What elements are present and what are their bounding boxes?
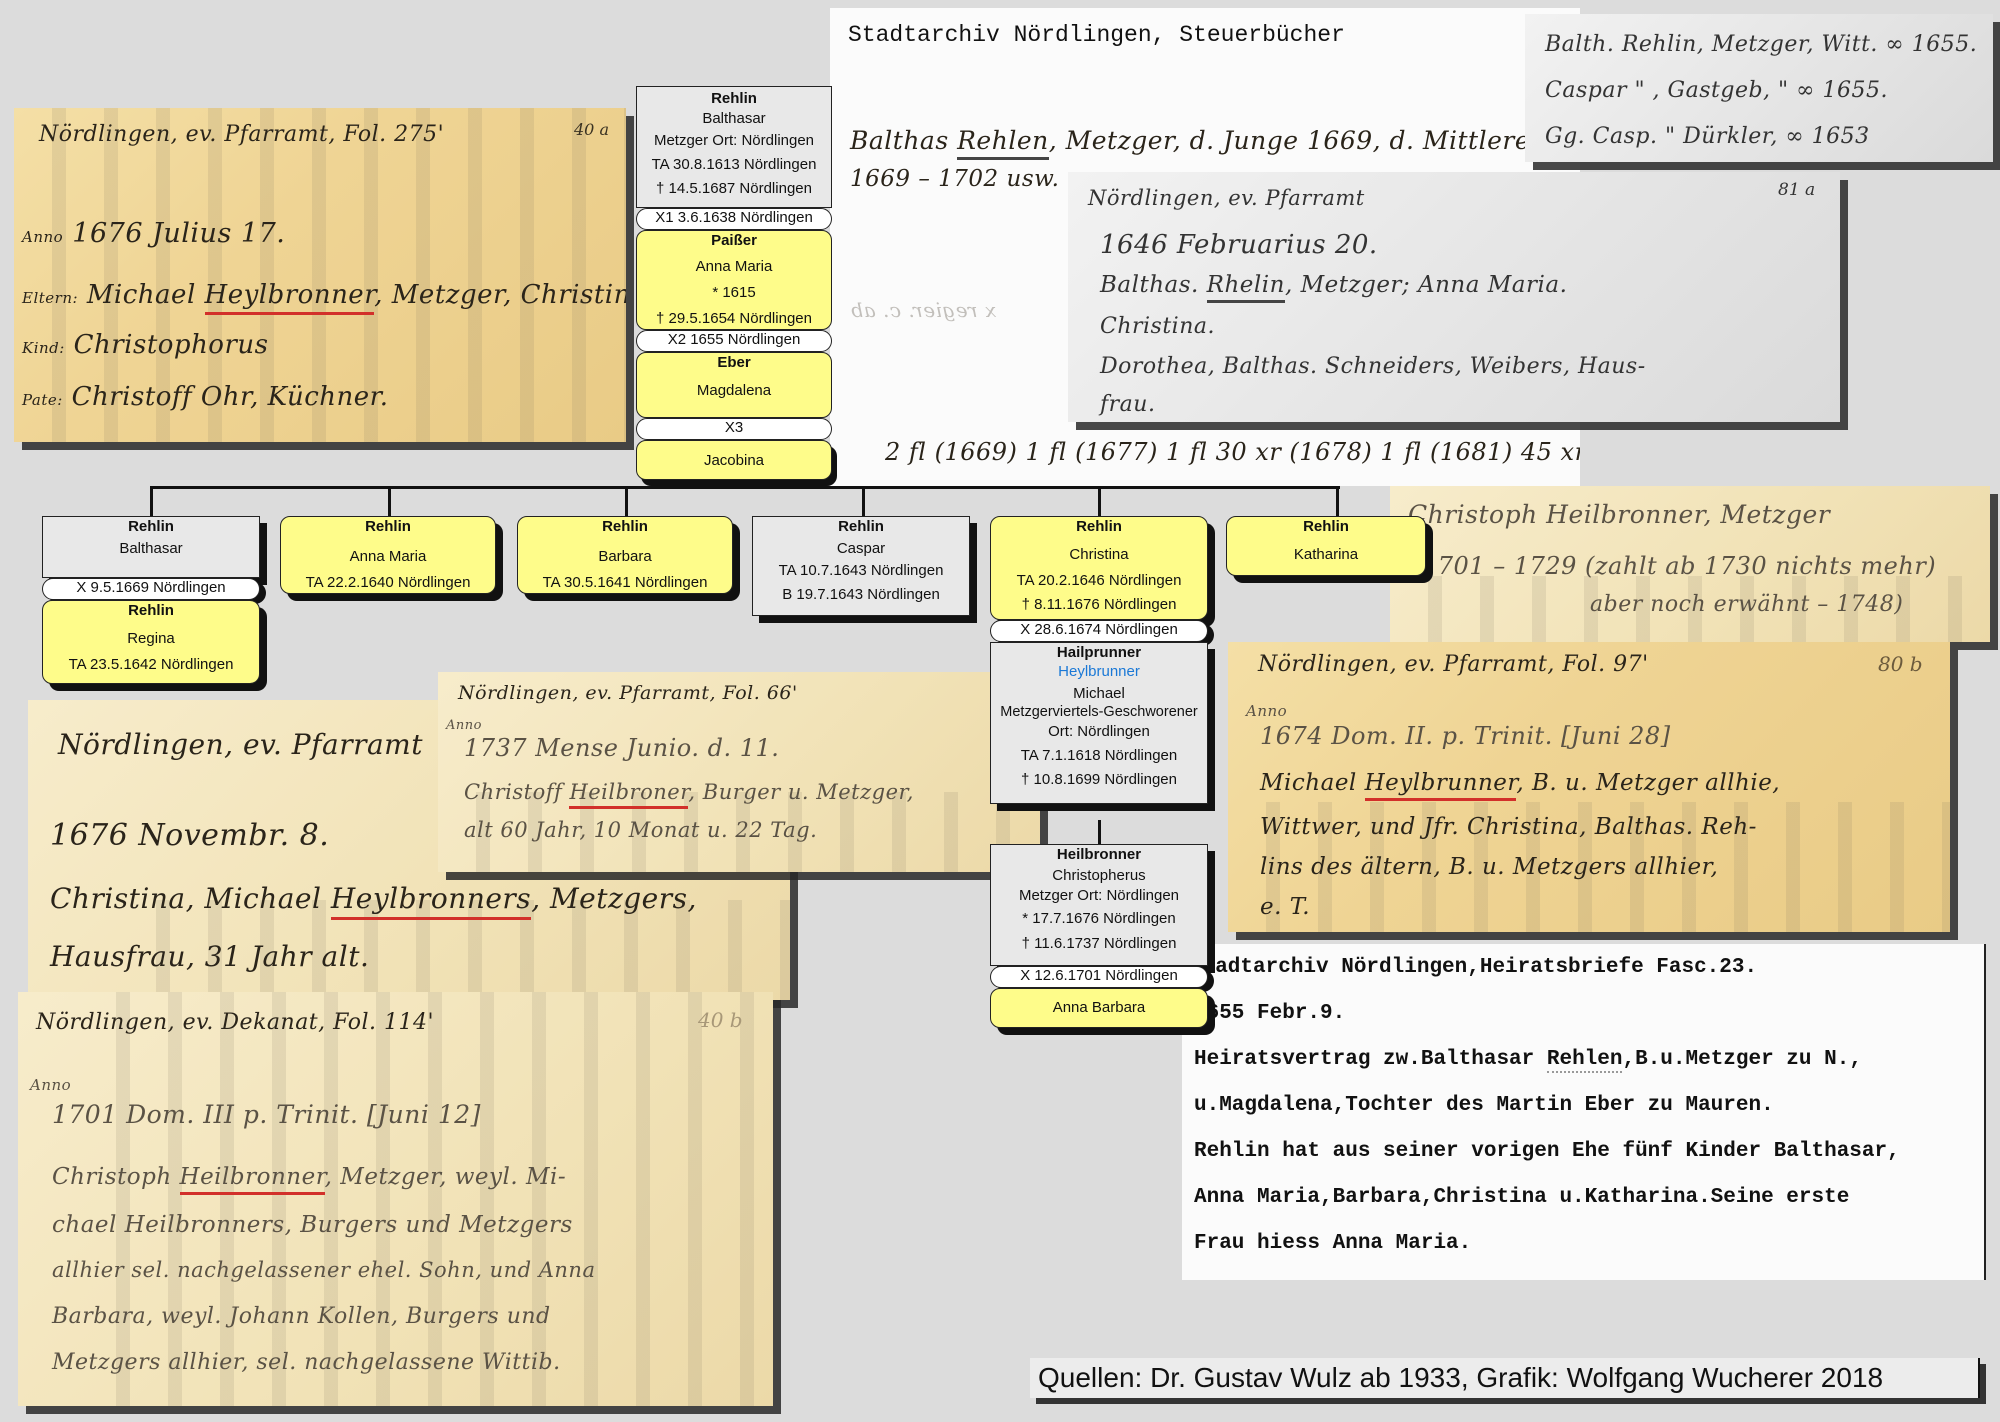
surname: Rehlin [753,517,969,537]
doc-line: chael Heilbronners, Burgers und Metzgers [52,1212,573,1238]
doc-card-40a: Nördlingen, ev. Pfarramt, Fol. 275' 40 a… [14,108,626,442]
tree-connector [862,486,865,516]
spouse-michael-hailprunner[interactable]: Hailprunner Heylbrunner Michael Metzgerv… [990,642,1208,804]
doc-line: 1674 Dom. II. p. Trinit. [Juni 28] [1260,722,1671,750]
doc-card-40b: Nördlingen, ev. Dekanat, Fol. 114' 40 b … [18,992,773,1406]
page-ref: 80 b [1878,652,1923,676]
doc-line: frau. [1100,392,1155,417]
doc-line: Balthas Rehlen, Metzger, d. Junge 1669, … [850,126,1580,155]
spouse-anna-barbara[interactable]: Anna Barbara [990,988,1208,1028]
doc-line: 1737 Mense Junio. d. 11. [464,734,779,762]
doc-line: 1655 Febr.9. [1194,1002,1345,1025]
doc-header: Nördlingen, ev. Pfarramt, Fol. 66' [458,682,798,704]
given-name: Caspar [753,539,969,559]
baptism: TA 23.5.1642 Nördlingen [43,655,259,675]
baptism: TA 20.2.1646 Nördlingen [991,571,1207,591]
doc-header: Nördlingen, ev. Dekanat, Fol. 114' [36,1010,434,1035]
doc-line: Barbara, weyl. Johann Kollen, Burgers un… [52,1304,551,1329]
bleed-through-text: x regier. c. ab [850,298,996,322]
doc-line: e. T. [1260,894,1310,920]
surname: Paißer [637,231,831,251]
marriage-label: X 9.5.1669 Nördlingen [42,578,260,600]
surname: Rehlin [281,517,495,537]
death: † 14.5.1687 Nördlingen [637,179,831,199]
baptism: TA 22.2.1640 Nördlingen [281,573,495,593]
tree-connector [625,486,628,516]
birth: * 17.7.1676 Nördlingen [991,909,1207,928]
surname: Rehlin [637,89,831,109]
doc-line: Anno [30,1076,71,1094]
doc-header: Nördlingen, ev. Pfarramt, Fol. 275' [39,122,444,147]
spouse-regina[interactable]: Rehlin Regina TA 23.5.1642 Nördlingen [42,600,260,684]
doc-card-80b: Nördlingen, ev. Pfarramt, Fol. 97' 80 b … [1228,642,1950,932]
doc-line: Kind: Christophorus [22,330,268,360]
doc-line: Stadtarchiv Nördlingen,Heiratsbriefe Fas… [1190,956,1757,979]
doc-line: Frau hiess Anna Maria. [1194,1232,1471,1255]
doc-card-81a: Nördlingen, ev. Pfarramt 81 a 1646 Febru… [1068,172,1840,422]
given-name: Anna Maria [637,257,831,277]
doc-line: Wittwer, und Jfr. Christina, Balthas. Re… [1260,814,1757,840]
surname: Heilbronner [991,845,1207,864]
doc-line: Christoph Heilbronner, Metzger, weyl. Mi… [52,1164,566,1190]
death: † 29.5.1654 Nördlingen [637,309,831,329]
doc-heiratsbriefe: Stadtarchiv Nördlingen,Heiratsbriefe Fas… [1182,944,1986,1280]
given-name: Katharina [1227,545,1425,565]
child-barbara[interactable]: Rehlin Barbara TA 30.5.1641 Nördlingen [517,516,733,594]
given-name: Magdalena [637,381,831,401]
doc-line: lins des ältern, B. u. Metzgers allhier, [1260,854,1718,880]
death: † 8.11.1676 Nördlingen [991,595,1207,615]
doc-line: Metzgers allhier, sel. nachgelassene Wit… [52,1350,561,1375]
page-ref: 40 a [574,120,609,139]
doc-line: alt 60 Jahr, 10 Monat u. 22 Tag. [464,818,817,842]
given-name: Anna Maria [281,547,495,567]
doc-line: 1701 – 1729 (zahlt ab 1730 nichts mehr) [1422,552,1936,580]
given-name: Jacobina [637,451,831,471]
baptism: TA 7.1.1618 Nördlingen [991,746,1207,765]
given-name: Michael [991,684,1207,703]
surname: Rehlin [43,601,259,621]
given-name: Balthasar [43,539,259,559]
doc-line: u.Magdalena,Tochter des Martin Eber zu M… [1194,1094,1774,1117]
spouse-paisser-anna-maria[interactable]: Paißer Anna Maria * 1615 † 29.5.1654 Nör… [636,230,832,330]
doc-line: Caspar " , Gastgeb, " ∞ 1655. [1545,78,1888,103]
tree-connector [150,486,153,516]
surname: Rehlin [518,517,732,537]
doc-line: Anno [446,718,482,733]
doc-header: Nördlingen, ev. Pfarramt, Fol. 97' [1258,652,1649,677]
occupation: Metzgerviertels-Geschworener [985,703,1213,722]
child-christina[interactable]: Rehlin Christina TA 20.2.1646 Nördlingen… [990,516,1208,620]
page-ref: 81 a [1778,180,1815,200]
surname: Rehlin [1227,517,1425,537]
baptism: TA 30.5.1641 Nördlingen [518,573,732,593]
credits-caption: Quellen: Dr. Gustav Wulz ab 1933, Grafik… [1030,1358,1980,1398]
doc-line: Gg. Casp. " Dürkler, ∞ 1653 [1545,124,1870,149]
marriage-label: X3 [636,418,832,440]
doc-line: 1646 Februarius 20. [1100,230,1378,260]
doc-line: Heiratsvertrag zw.Balthasar Rehlen,B.u.M… [1194,1048,1862,1071]
doc-line: aber noch erwähnt – 1748) [1590,592,1903,617]
spouse-eber-magdalena[interactable]: Eber Magdalena [636,352,832,418]
doc-line: Michael Heylbrunner, B. u. Metzger allhi… [1260,770,1780,796]
occupation: Metzger Ort: Nördlingen [991,886,1207,905]
doc-notes-1655: Balth. Rehlin, Metzger, Witt. ∞ 1655. Ca… [1525,14,1993,162]
marriage-label: X 12.6.1701 Nördlingen [990,966,1208,988]
doc-card-death-1737: Nördlingen, ev. Pfarramt, Fol. 66' Anno … [438,672,1040,872]
death: † 10.8.1699 Nördlingen [991,770,1207,789]
doc-line: Christoph Heilbronner, Metzger [1408,500,1830,529]
doc-line: Balth. Rehlin, Metzger, Witt. ∞ 1655. [1545,32,1977,57]
given-name: Balthasar [637,109,831,129]
marriage-label: X 28.6.1674 Nördlingen [990,620,1208,642]
marriage-label: X2 1655 Nördlingen [636,330,832,352]
spouse-jacobina[interactable]: Jacobina [636,440,832,480]
doc-line: Hausfrau, 31 Jahr alt. [50,940,369,973]
given-name: Christina [991,545,1207,565]
doc-line: 1676 Novembr. 8. [50,818,329,853]
alt-surname: Heylbrunner [991,662,1207,681]
given-name: Christopherus [991,866,1207,885]
doc-line: allhier sel. nachgelassener ehel. Sohn, … [52,1258,595,1282]
doc-line: Pate: Christoff Ohr, Küchner. [22,382,388,412]
tree-connector [1098,820,1101,844]
marriage-label: X1 3.6.1638 Nördlingen [636,208,832,230]
doc-line: 1669 – 1702 usw. [850,166,1059,192]
doc-line: Christina, Michael Heylbronners, Metzger… [50,882,697,915]
doc-heilbronner-tax-note: Christoph Heilbronner, Metzger 1701 – 17… [1390,486,1990,642]
doc-line: 1701 Dom. III p. Trinit. [Juni 12] [52,1100,481,1129]
doc-line: Anno [1246,702,1287,720]
baptism: TA 30.8.1613 Nördlingen [637,155,831,175]
tree-connector [388,486,391,516]
tree-connector [150,486,1340,489]
person-root-balthasar[interactable]: Rehlin Balthasar Metzger Ort: Nördlingen… [636,86,832,208]
doc-line: Christina. [1100,314,1215,339]
doc-line: Christoff Heilbroner, Burger u. Metzger, [464,780,914,804]
surname: Rehlin [43,517,259,537]
doc-line: Eltern: Michael Heylbronner, Metzger, Ch… [22,280,626,310]
tree-connector [1098,486,1101,516]
doc-header: Stadtarchiv Nördlingen, Steuerbücher [848,22,1345,48]
doc-header: Nördlingen, ev. Pfarramt [1088,186,1365,210]
doc-line: Anno 1676 Julius 17. [22,218,285,249]
doc-line: Balthas. Rhelin, Metzger; Anna Maria. [1100,272,1567,298]
death: † 11.6.1737 Nördlingen [991,934,1207,953]
child-katharina[interactable]: Rehlin Katharina [1226,516,1426,576]
bleed-through [78,992,773,1406]
given-name: Barbara [518,547,732,567]
occupation: Metzger Ort: Nördlingen [637,131,831,151]
child-caspar[interactable]: Rehlin Caspar TA 10.7.1643 Nördlingen B … [752,516,970,616]
burial: B 19.7.1643 Nördlingen [753,585,969,605]
given-name: Regina [43,629,259,649]
doc-tax-line: 2 fl (1669) 1 fl (1677) 1 fl 30 xr (1678… [885,438,1580,466]
place: Ort: Nördlingen [991,722,1207,741]
birth: * 1615 [637,283,831,303]
tree-connector [1336,486,1339,516]
doc-line: Dorothea, Balthas. Schneiders, Weibers, … [1100,354,1646,379]
doc-header: Nördlingen, ev. Pfarramt [58,728,423,761]
surname: Hailprunner [991,643,1207,662]
surname: Rehlin [991,517,1207,537]
child-anna-maria[interactable]: Rehlin Anna Maria TA 22.2.1640 Nördlinge… [280,516,496,594]
given-name: Anna Barbara [991,998,1207,1018]
doc-line: Anna Maria,Barbara,Christina u.Katharina… [1194,1186,1849,1209]
baptism: TA 10.7.1643 Nördlingen [753,561,969,581]
child-balthasar[interactable]: Rehlin Balthasar [42,516,260,578]
doc-line: Rehlin hat aus seiner vorigen Ehe fünf K… [1194,1140,1900,1163]
page-ref: 40 b [698,1008,743,1032]
surname: Eber [637,353,831,373]
grandchild-christopherus[interactable]: Heilbronner Christopherus Metzger Ort: N… [990,844,1208,966]
